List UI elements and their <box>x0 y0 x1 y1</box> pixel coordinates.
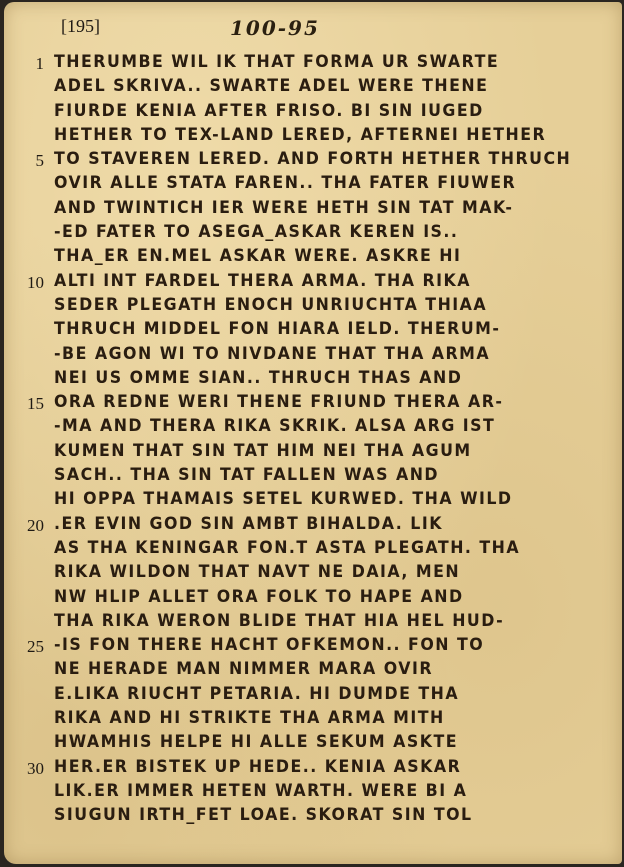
line-text: SIUGUN IRTH_FET LOAE. SKORAT SIN TOL <box>54 805 473 825</box>
line-text: THA RIKA WERON BLIDE THAT HIA HEL HUD- <box>54 611 504 631</box>
line-text: AS THA KENINGAR FON.T ASTA PLEGATH. THA <box>54 538 520 558</box>
manuscript-line: 5TO STAVEREN LERED. AND FORTH HETHER THR… <box>0 149 624 173</box>
line-text: .ER EVIN GOD SIN AMBT BIHALDA. LIK <box>54 514 443 534</box>
manuscript-line: NE HERADE MAN NIMMER MARA OVIR <box>0 659 624 683</box>
line-number: 5 <box>14 151 44 171</box>
line-text: ORA REDNE WERI THENE FRIUND THERA AR- <box>54 392 503 412</box>
manuscript-line: 1THERUMBE WIL IK THAT FORMA UR SWARTE <box>0 52 624 76</box>
manuscript-line: 30HER.ER BISTEK UP HEDE.. KENIA ASKAR <box>0 757 624 781</box>
manuscript-line: HWAMHIS HELPE HI ALLE SEKUM ASKTE <box>0 732 624 756</box>
manuscript-line: OVIR ALLE STATA FAREN.. THA FATER FIUWER <box>0 173 624 197</box>
line-text: -ED FATER TO ASEGA_ASKAR KEREN IS.. <box>54 222 458 242</box>
line-text: SEDER PLEGATH ENOCH UNRIUCHTA THIAA <box>54 295 487 315</box>
manuscript-line: SACH.. THA SIN TAT FALLEN WAS AND <box>0 465 624 489</box>
folio-number: 100-95 <box>230 16 320 40</box>
manuscript-line: SEDER PLEGATH ENOCH UNRIUCHTA THIAA <box>0 295 624 319</box>
manuscript-line: THRUCH MIDDEL FON HIARA IELD. THERUM- <box>0 319 624 343</box>
line-text: RIKA WILDON THAT NAVT NE DAIA, MEN <box>54 562 460 582</box>
manuscript-line: FIURDE KENIA AFTER FRISO. BI SIN IUGED <box>0 101 624 125</box>
manuscript-line: 10ALTI INT FARDEL THERA ARMA. THA RIKA <box>0 271 624 295</box>
line-number: 25 <box>14 637 44 657</box>
line-text: NW HLIP ALLET ORA FOLK TO HAPE AND <box>54 587 464 607</box>
line-text: -MA AND THERA RIKA SKRIK. ALSA ARG IST <box>54 416 495 436</box>
line-text: HI OPPA THAMAIS SETEL KURWED. THA WILD <box>54 489 513 509</box>
line-text: KUMEN THAT SIN TAT HIM NEI THA AGUM <box>54 441 472 461</box>
manuscript-text: 1THERUMBE WIL IK THAT FORMA UR SWARTEADE… <box>0 52 624 830</box>
line-number: 20 <box>14 516 44 536</box>
line-text: FIURDE KENIA AFTER FRISO. BI SIN IUGED <box>54 101 484 121</box>
line-text: HER.ER BISTEK UP HEDE.. KENIA ASKAR <box>54 757 461 777</box>
manuscript-line: HI OPPA THAMAIS SETEL KURWED. THA WILD <box>0 489 624 513</box>
line-number: 1 <box>14 54 44 74</box>
line-text: AND TWINTICH IER WERE HETH SIN TAT MAK- <box>54 198 513 218</box>
line-number: 15 <box>14 394 44 414</box>
line-text: SACH.. THA SIN TAT FALLEN WAS AND <box>54 465 439 485</box>
manuscript-line: NW HLIP ALLET ORA FOLK TO HAPE AND <box>0 587 624 611</box>
manuscript-line: E.LIKA RIUCHT PETARIA. HI DUMDE THA <box>0 684 624 708</box>
manuscript-line: THA_ER EN.MEL ASKAR WERE. ASKRE HI <box>0 246 624 270</box>
manuscript-line: -MA AND THERA RIKA SKRIK. ALSA ARG IST <box>0 416 624 440</box>
manuscript-line: 25-IS FON THERE HACHT OFKEMON.. FON TO <box>0 635 624 659</box>
manuscript-line: ADEL SKRIVA.. SWARTE ADEL WERE THENE <box>0 76 624 100</box>
manuscript-line: HETHER TO TEX-LAND LERED, AFTERNEI HETHE… <box>0 125 624 149</box>
line-text: RIKA AND HI STRIKTE THA ARMA MITH <box>54 708 445 728</box>
manuscript-line: AS THA KENINGAR FON.T ASTA PLEGATH. THA <box>0 538 624 562</box>
manuscript-line: 15ORA REDNE WERI THENE FRIUND THERA AR- <box>0 392 624 416</box>
line-text: TO STAVEREN LERED. AND FORTH HETHER THRU… <box>54 149 571 169</box>
manuscript-line: NEI US OMME SIAN.. THRUCH THAS AND <box>0 368 624 392</box>
line-number: 10 <box>14 273 44 293</box>
line-text: -BE AGON WI TO NIVDANE THAT THA ARMA <box>54 344 490 364</box>
line-text: THA_ER EN.MEL ASKAR WERE. ASKRE HI <box>54 246 461 266</box>
manuscript-line: RIKA AND HI STRIKTE THA ARMA MITH <box>0 708 624 732</box>
line-text: THERUMBE WIL IK THAT FORMA UR SWARTE <box>54 52 499 72</box>
page-reference: [195] <box>61 16 100 37</box>
line-number: 30 <box>14 759 44 779</box>
line-text: LIK.ER IMMER HETEN WARTH. WERE BI A <box>54 781 467 801</box>
manuscript-line: RIKA WILDON THAT NAVT NE DAIA, MEN <box>0 562 624 586</box>
line-text: OVIR ALLE STATA FAREN.. THA FATER FIUWER <box>54 173 516 193</box>
manuscript-line: 20.ER EVIN GOD SIN AMBT BIHALDA. LIK <box>0 514 624 538</box>
manuscript-line: KUMEN THAT SIN TAT HIM NEI THA AGUM <box>0 441 624 465</box>
manuscript-line: AND TWINTICH IER WERE HETH SIN TAT MAK- <box>0 198 624 222</box>
manuscript-line: SIUGUN IRTH_FET LOAE. SKORAT SIN TOL <box>0 805 624 829</box>
manuscript-line: -BE AGON WI TO NIVDANE THAT THA ARMA <box>0 344 624 368</box>
manuscript-line: LIK.ER IMMER HETEN WARTH. WERE BI A <box>0 781 624 805</box>
line-text: ALTI INT FARDEL THERA ARMA. THA RIKA <box>54 271 471 291</box>
line-text: THRUCH MIDDEL FON HIARA IELD. THERUM- <box>54 319 500 339</box>
line-text: E.LIKA RIUCHT PETARIA. HI DUMDE THA <box>54 684 459 704</box>
manuscript-line: -ED FATER TO ASEGA_ASKAR KEREN IS.. <box>0 222 624 246</box>
line-text: HWAMHIS HELPE HI ALLE SEKUM ASKTE <box>54 732 458 752</box>
line-text: ADEL SKRIVA.. SWARTE ADEL WERE THENE <box>54 76 488 96</box>
line-text: NEI US OMME SIAN.. THRUCH THAS AND <box>54 368 462 388</box>
manuscript-line: THA RIKA WERON BLIDE THAT HIA HEL HUD- <box>0 611 624 635</box>
line-text: HETHER TO TEX-LAND LERED, AFTERNEI HETHE… <box>54 125 546 145</box>
line-text: -IS FON THERE HACHT OFKEMON.. FON TO <box>54 635 484 655</box>
line-text: NE HERADE MAN NIMMER MARA OVIR <box>54 659 433 679</box>
